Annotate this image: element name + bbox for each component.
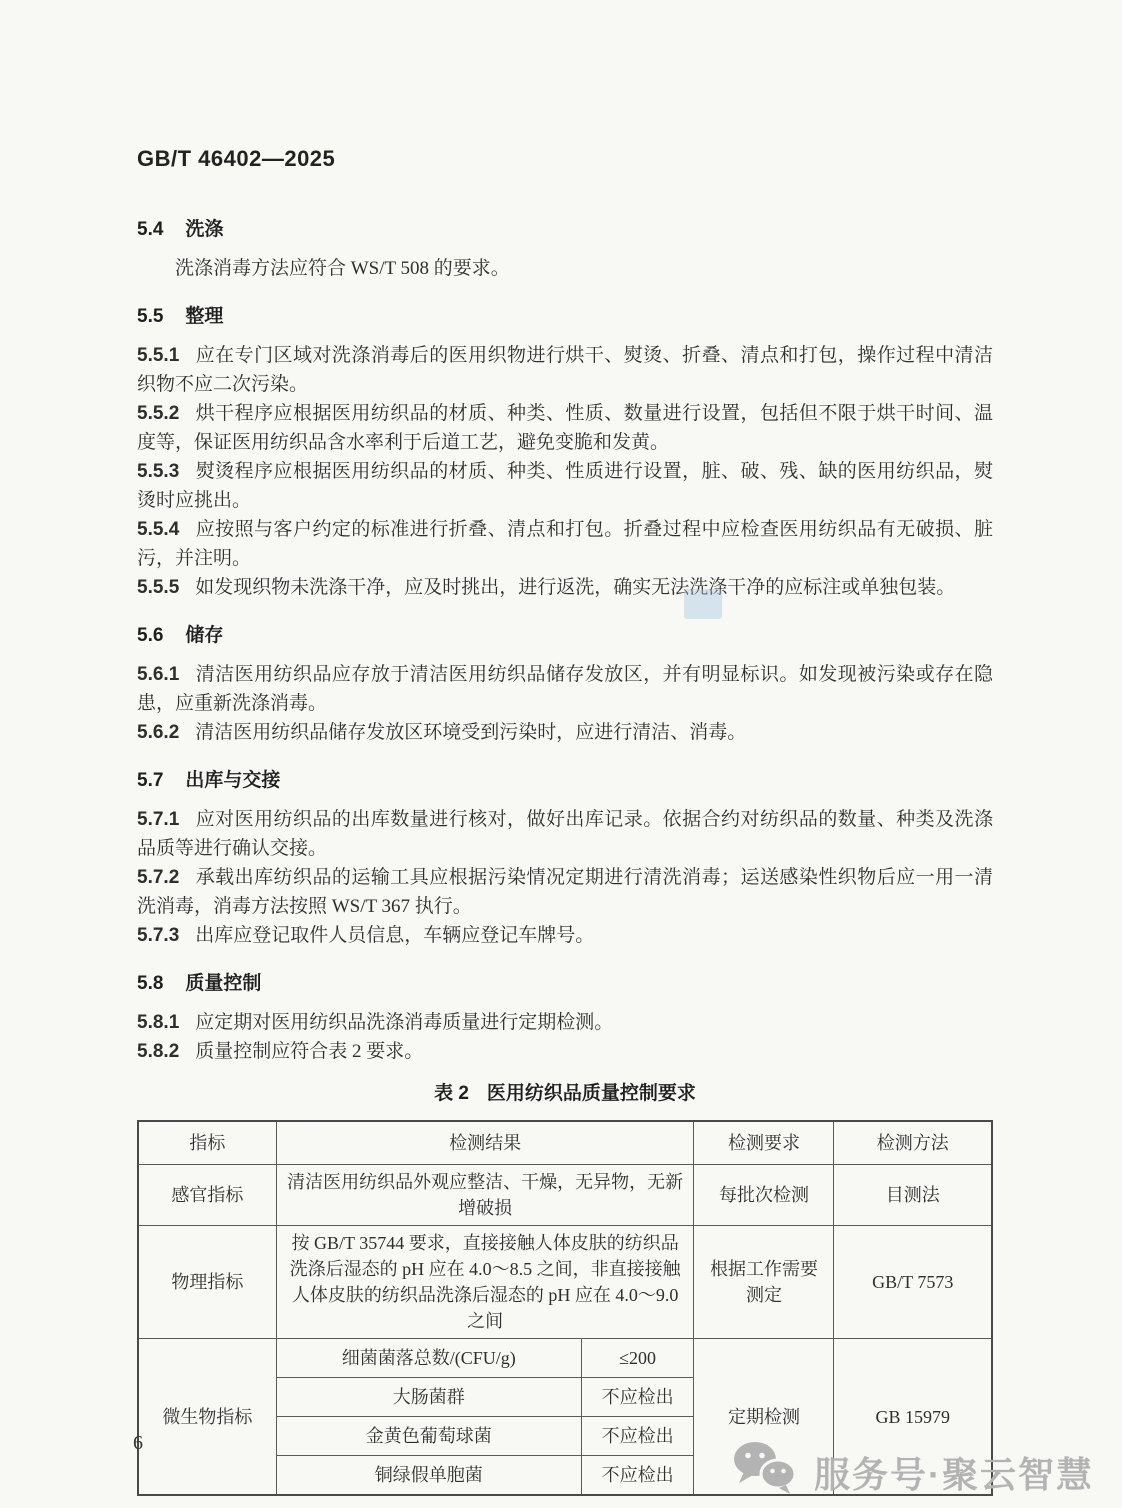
clause-number: 5.5.1 (137, 345, 179, 366)
clause-paragraph: 洗涤消毒方法应符合 WS/T 508 的要求。 (137, 254, 993, 283)
clause-number: 5.6.1 (137, 664, 179, 685)
clause-text: 烘干程序应根据医用纺织品的材质、种类、性质、数量进行设置，包括但不限于烘干时间、… (137, 403, 993, 453)
cell-indicator: 微生物指标 (138, 1339, 276, 1496)
clause-number: 5.5.4 (137, 519, 179, 540)
section-number: 5.8 (137, 973, 163, 994)
clause-5-5-1: 5.5.1应在专门区域对洗涤消毒后的医用织物进行烘干、熨烫、折叠、清点和打包，操… (137, 341, 993, 399)
cell-result: 清洁医用纺织品外观应整洁、干燥，无异物，无新增破损 (276, 1165, 694, 1226)
cell-result: 按 GB/T 35744 要求，直接接触人体皮肤的纺织品洗涤后湿态的 pH 应在… (276, 1226, 694, 1339)
section-heading-5-4: 5.4洗涤 (137, 218, 993, 242)
cell-item-name: 大肠菌群 (276, 1378, 581, 1417)
watermark-text: 服务号·聚云智慧 (814, 1447, 1094, 1498)
clause-5-5-3: 5.5.3熨烫程序应根据医用纺织品的材质、种类、性质进行设置，脏、破、残、缺的医… (137, 457, 993, 515)
cell-item-name: 细菌菌落总数/(CFU/g) (276, 1339, 581, 1378)
cell-item-limit: 不应检出 (581, 1456, 694, 1496)
clause-text: 应按照与客户约定的标准进行折叠、清点和打包。折叠过程中应检查医用纺织品有无破损、… (137, 519, 993, 569)
clause-text: 应对医用纺织品的出库数量进行核对，做好出库记录。依据合约对纺织品的数量、种类及洗… (137, 809, 993, 859)
page-content: GB/T 46402—2025 5.4洗涤 洗涤消毒方法应符合 WS/T 508… (137, 146, 993, 1496)
section-heading-5-7: 5.7出库与交接 (137, 769, 993, 793)
cell-method: GB/T 7573 (834, 1226, 992, 1339)
section-number: 5.4 (137, 219, 163, 240)
clause-5-8-2: 5.8.2质量控制应符合表 2 要求。 (137, 1037, 993, 1066)
cell-method: 目测法 (834, 1165, 992, 1226)
clause-text: 应在专门区域对洗涤消毒后的医用织物进行烘干、熨烫、折叠、清点和打包，操作过程中清… (137, 345, 993, 395)
clause-number: 5.5.3 (137, 461, 179, 482)
cell-item-limit: 不应检出 (581, 1417, 694, 1456)
cell-requirement: 每批次检测 (694, 1165, 834, 1226)
clause-number: 5.8.1 (137, 1012, 179, 1033)
clause-5-7-3: 5.7.3出库应登记取件人员信息，车辆应登记车牌号。 (137, 921, 993, 950)
cell-item-name: 金黄色葡萄球菌 (276, 1417, 581, 1456)
table-header-row: 指标 检测结果 检测要求 检测方法 (138, 1121, 992, 1165)
section-heading-5-6: 5.6储存 (137, 624, 993, 648)
clause-5-5-4: 5.5.4应按照与客户约定的标准进行折叠、清点和打包。折叠过程中应检查医用纺织品… (137, 515, 993, 573)
section-title: 质量控制 (185, 973, 261, 994)
clause-text: 应定期对医用纺织品洗涤消毒质量进行定期检测。 (195, 1012, 613, 1033)
cell-indicator: 感官指标 (138, 1165, 276, 1226)
cell-item-name: 铜绿假单胞菌 (276, 1456, 581, 1496)
section-title: 出库与交接 (185, 770, 280, 791)
col-header-method: 检测方法 (834, 1121, 992, 1165)
clause-text: 质量控制应符合表 2 要求。 (195, 1041, 423, 1062)
clause-text: 如发现织物未洗涤干净，应及时挑出，进行返洗，确实无法洗涤干净的应标注或单独包装。 (195, 577, 955, 598)
clause-number: 5.7.3 (137, 925, 179, 946)
cell-item-limit: ≤200 (581, 1339, 694, 1378)
clause-5-7-1: 5.7.1应对医用纺织品的出库数量进行核对，做好出库记录。依据合约对纺织品的数量… (137, 805, 993, 863)
cell-item-limit: 不应检出 (581, 1378, 694, 1417)
table-caption-label: 表 2 (434, 1083, 469, 1104)
clause-number: 5.6.2 (137, 722, 179, 743)
clause-text: 出库应登记取件人员信息，车辆应登记车牌号。 (195, 925, 594, 946)
col-header-result: 检测结果 (276, 1121, 694, 1165)
clause-5-6-2: 5.6.2清洁医用纺织品储存发放区环境受到污染时，应进行清洁、消毒。 (137, 718, 993, 747)
table-caption-text: 医用纺织品质量控制要求 (487, 1083, 696, 1104)
cell-requirement: 根据工作需要测定 (694, 1226, 834, 1339)
clause-text: 清洁医用纺织品应存放于清洁医用纺织品储存发放区，并有明显标识。如发现被污染或存在… (137, 664, 993, 714)
clause-5-5-2: 5.5.2烘干程序应根据医用纺织品的材质、种类、性质、数量进行设置，包括但不限于… (137, 399, 993, 457)
table-row-physical: 物理指标 按 GB/T 35744 要求，直接接触人体皮肤的纺织品洗涤后湿态的 … (138, 1226, 992, 1339)
section-heading-5-8: 5.8质量控制 (137, 972, 993, 996)
clause-number: 5.5.2 (137, 403, 179, 424)
section-title: 储存 (185, 625, 223, 646)
clause-number: 5.8.2 (137, 1041, 179, 1062)
section-title: 整理 (185, 306, 223, 327)
clause-text: 清洁医用纺织品储存发放区环境受到污染时，应进行清洁、消毒。 (195, 722, 746, 743)
table-row-sensory: 感官指标 清洁医用纺织品外观应整洁、干燥，无异物，无新增破损 每批次检测 目测法 (138, 1165, 992, 1226)
clause-5-8-1: 5.8.1应定期对医用纺织品洗涤消毒质量进行定期检测。 (137, 1008, 993, 1037)
section-number: 5.6 (137, 625, 163, 646)
cell-indicator: 物理指标 (138, 1226, 276, 1339)
clause-5-5-5: 5.5.5如发现织物未洗涤干净，应及时挑出，进行返洗，确实无法洗涤干净的应标注或… (137, 573, 993, 602)
clause-number: 5.5.5 (137, 577, 179, 598)
document-page: GB/T 46402—2025 5.4洗涤 洗涤消毒方法应符合 WS/T 508… (0, 0, 1122, 1508)
wechat-icon (732, 1440, 800, 1505)
clause-5-7-2: 5.7.2承载出库纺织品的运输工具应根据污染情况定期进行清洗消毒；运送感染性织物… (137, 863, 993, 921)
doc-code: GB/T 46402—2025 (137, 146, 993, 172)
clause-text: 熨烫程序应根据医用纺织品的材质、种类、性质进行设置，脏、破、残、缺的医用纺织品，… (137, 461, 993, 511)
col-header-indicator: 指标 (138, 1121, 276, 1165)
clause-text: 承载出库纺织品的运输工具应根据污染情况定期进行清洗消毒；运送感染性织物后应一用一… (137, 867, 993, 917)
section-title: 洗涤 (185, 219, 223, 240)
clause-number: 5.7.2 (137, 867, 179, 888)
clause-5-6-1: 5.6.1清洁医用纺织品应存放于清洁医用纺织品储存发放区，并有明显标识。如发现被… (137, 660, 993, 718)
section-number: 5.7 (137, 770, 163, 791)
section-number: 5.5 (137, 306, 163, 327)
scan-watermark-artifact (684, 589, 722, 619)
footer-watermark: 服务号·聚云智慧 (732, 1440, 1094, 1505)
page-number: 6 (133, 1432, 143, 1455)
table-caption: 表 2医用纺织品质量控制要求 (137, 1082, 993, 1106)
table-row-micro-1: 微生物指标 细菌菌落总数/(CFU/g) ≤200 定期检测 GB 15979 (138, 1339, 992, 1378)
col-header-requirement: 检测要求 (694, 1121, 834, 1165)
clause-number: 5.7.1 (137, 809, 179, 830)
section-heading-5-5: 5.5整理 (137, 305, 993, 329)
